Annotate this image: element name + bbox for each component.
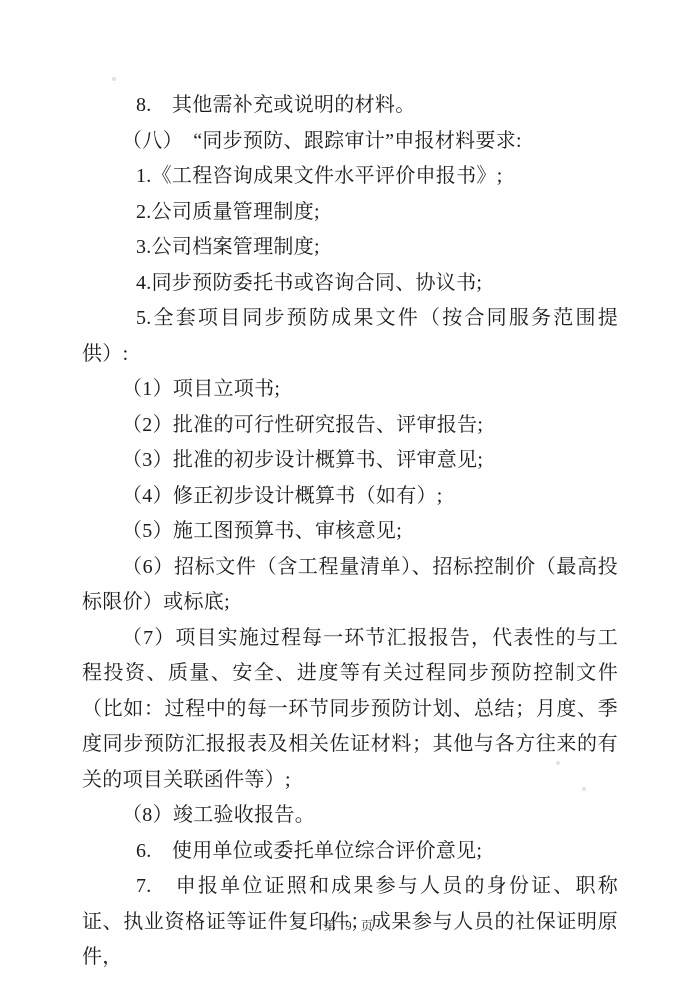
- paragraph: 4.同步预防委托书或咨询合同、协议书;: [82, 266, 618, 302]
- paragraph: 2.公司质量管理制度;: [82, 195, 618, 231]
- scan-speck: [582, 787, 586, 791]
- paragraph: 1.《工程咨询成果文件水平评价申报书》;: [82, 159, 618, 195]
- paragraph: （5）施工图预算书、审核意见;: [82, 514, 618, 550]
- paragraph: （7）项目实施过程每一环节汇报报告，代表性的与工程投资、质量、安全、进度等有关过…: [82, 621, 618, 799]
- page-footer: 第 9 页: [0, 916, 700, 934]
- page-number: 第 9 页: [324, 919, 377, 933]
- paragraph: （八） “同步预防、跟踪审计”申报材料要求:: [82, 124, 618, 160]
- paragraph: （8）竣工验收报告。: [82, 798, 618, 834]
- scanned-document-page: 8. 其他需补充或说明的材料。（八） “同步预防、跟踪审计”申报材料要求:1.《…: [0, 0, 700, 990]
- paragraph: 6. 使用单位或委托单位综合评价意见;: [82, 834, 618, 870]
- paragraph: 3.公司档案管理制度;: [82, 230, 618, 266]
- paragraph: （4）修正初步设计概算书（如有）;: [82, 479, 618, 515]
- scan-speck: [556, 761, 560, 765]
- scan-speck: [112, 77, 116, 81]
- paragraph: （3）批准的初步设计概算书、评审意见;: [82, 443, 618, 479]
- scan-speck: [253, 232, 256, 235]
- paragraph: （2）批准的可行性研究报告、评审报告;: [82, 408, 618, 444]
- paragraph: （1）项目立项书;: [82, 372, 618, 408]
- paragraph: 8. 其他需补充或说明的材料。: [82, 88, 618, 124]
- paragraph: 5.全套项目同步预防成果文件（按合同服务范围提供）:: [82, 301, 618, 372]
- paragraph: （6）招标文件（含工程量清单）、招标控制价（最高投标限价）或标底;: [82, 550, 618, 621]
- document-body: 8. 其他需补充或说明的材料。（八） “同步预防、跟踪审计”申报材料要求:1.《…: [82, 88, 618, 976]
